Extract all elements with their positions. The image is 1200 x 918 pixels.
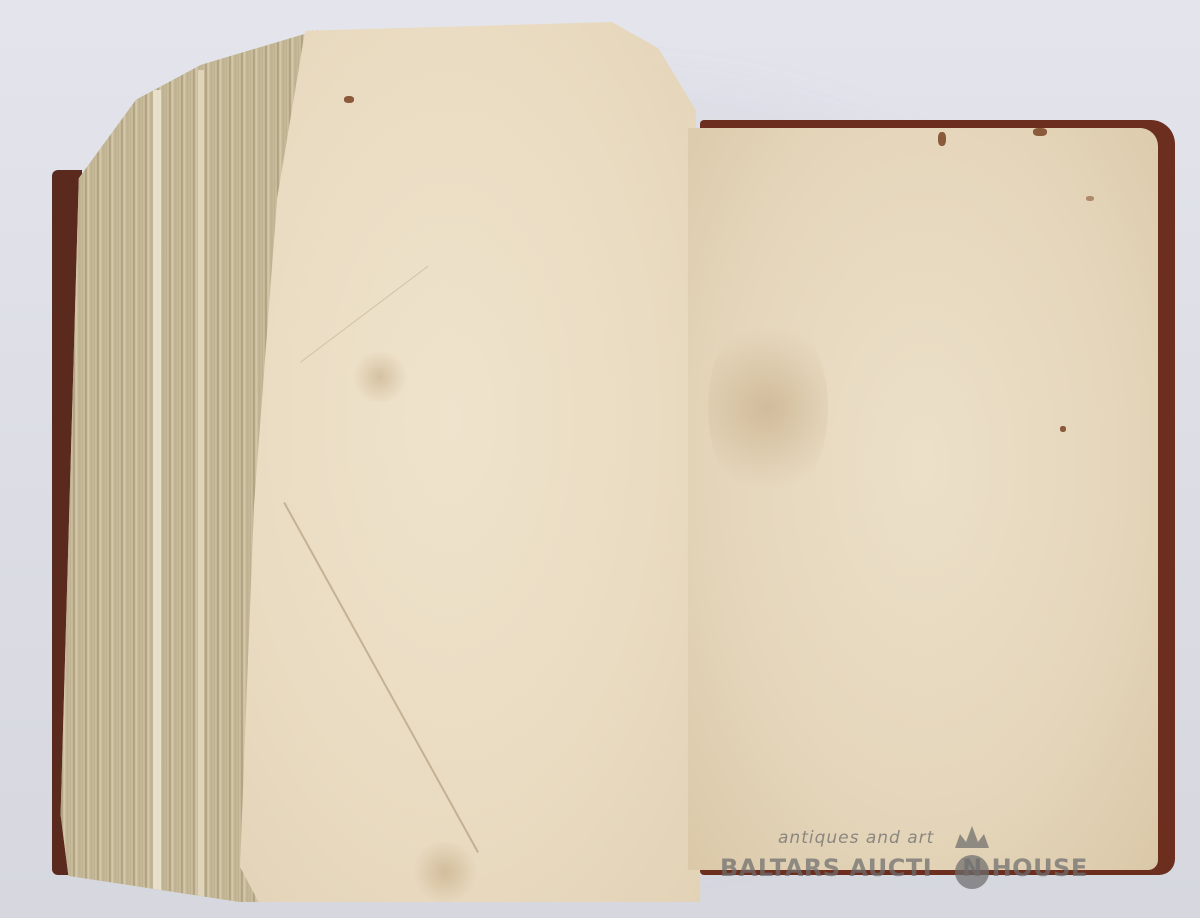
book-photo: antiques and art BALTARS AUCTIN HOUSE <box>0 0 1200 918</box>
damage-spot <box>1060 426 1066 432</box>
page-crease <box>300 266 428 363</box>
foxing-stain <box>708 308 828 508</box>
page-crease <box>283 502 479 853</box>
damage-spot <box>1086 196 1094 201</box>
damage-spot <box>344 96 354 103</box>
damage-spot <box>1033 128 1047 136</box>
foxing-stain <box>350 352 410 402</box>
left-flyleaf-page <box>240 22 705 902</box>
damage-spot <box>938 132 946 146</box>
foxing-stain <box>410 842 480 902</box>
right-pastedown-page <box>688 128 1158 870</box>
